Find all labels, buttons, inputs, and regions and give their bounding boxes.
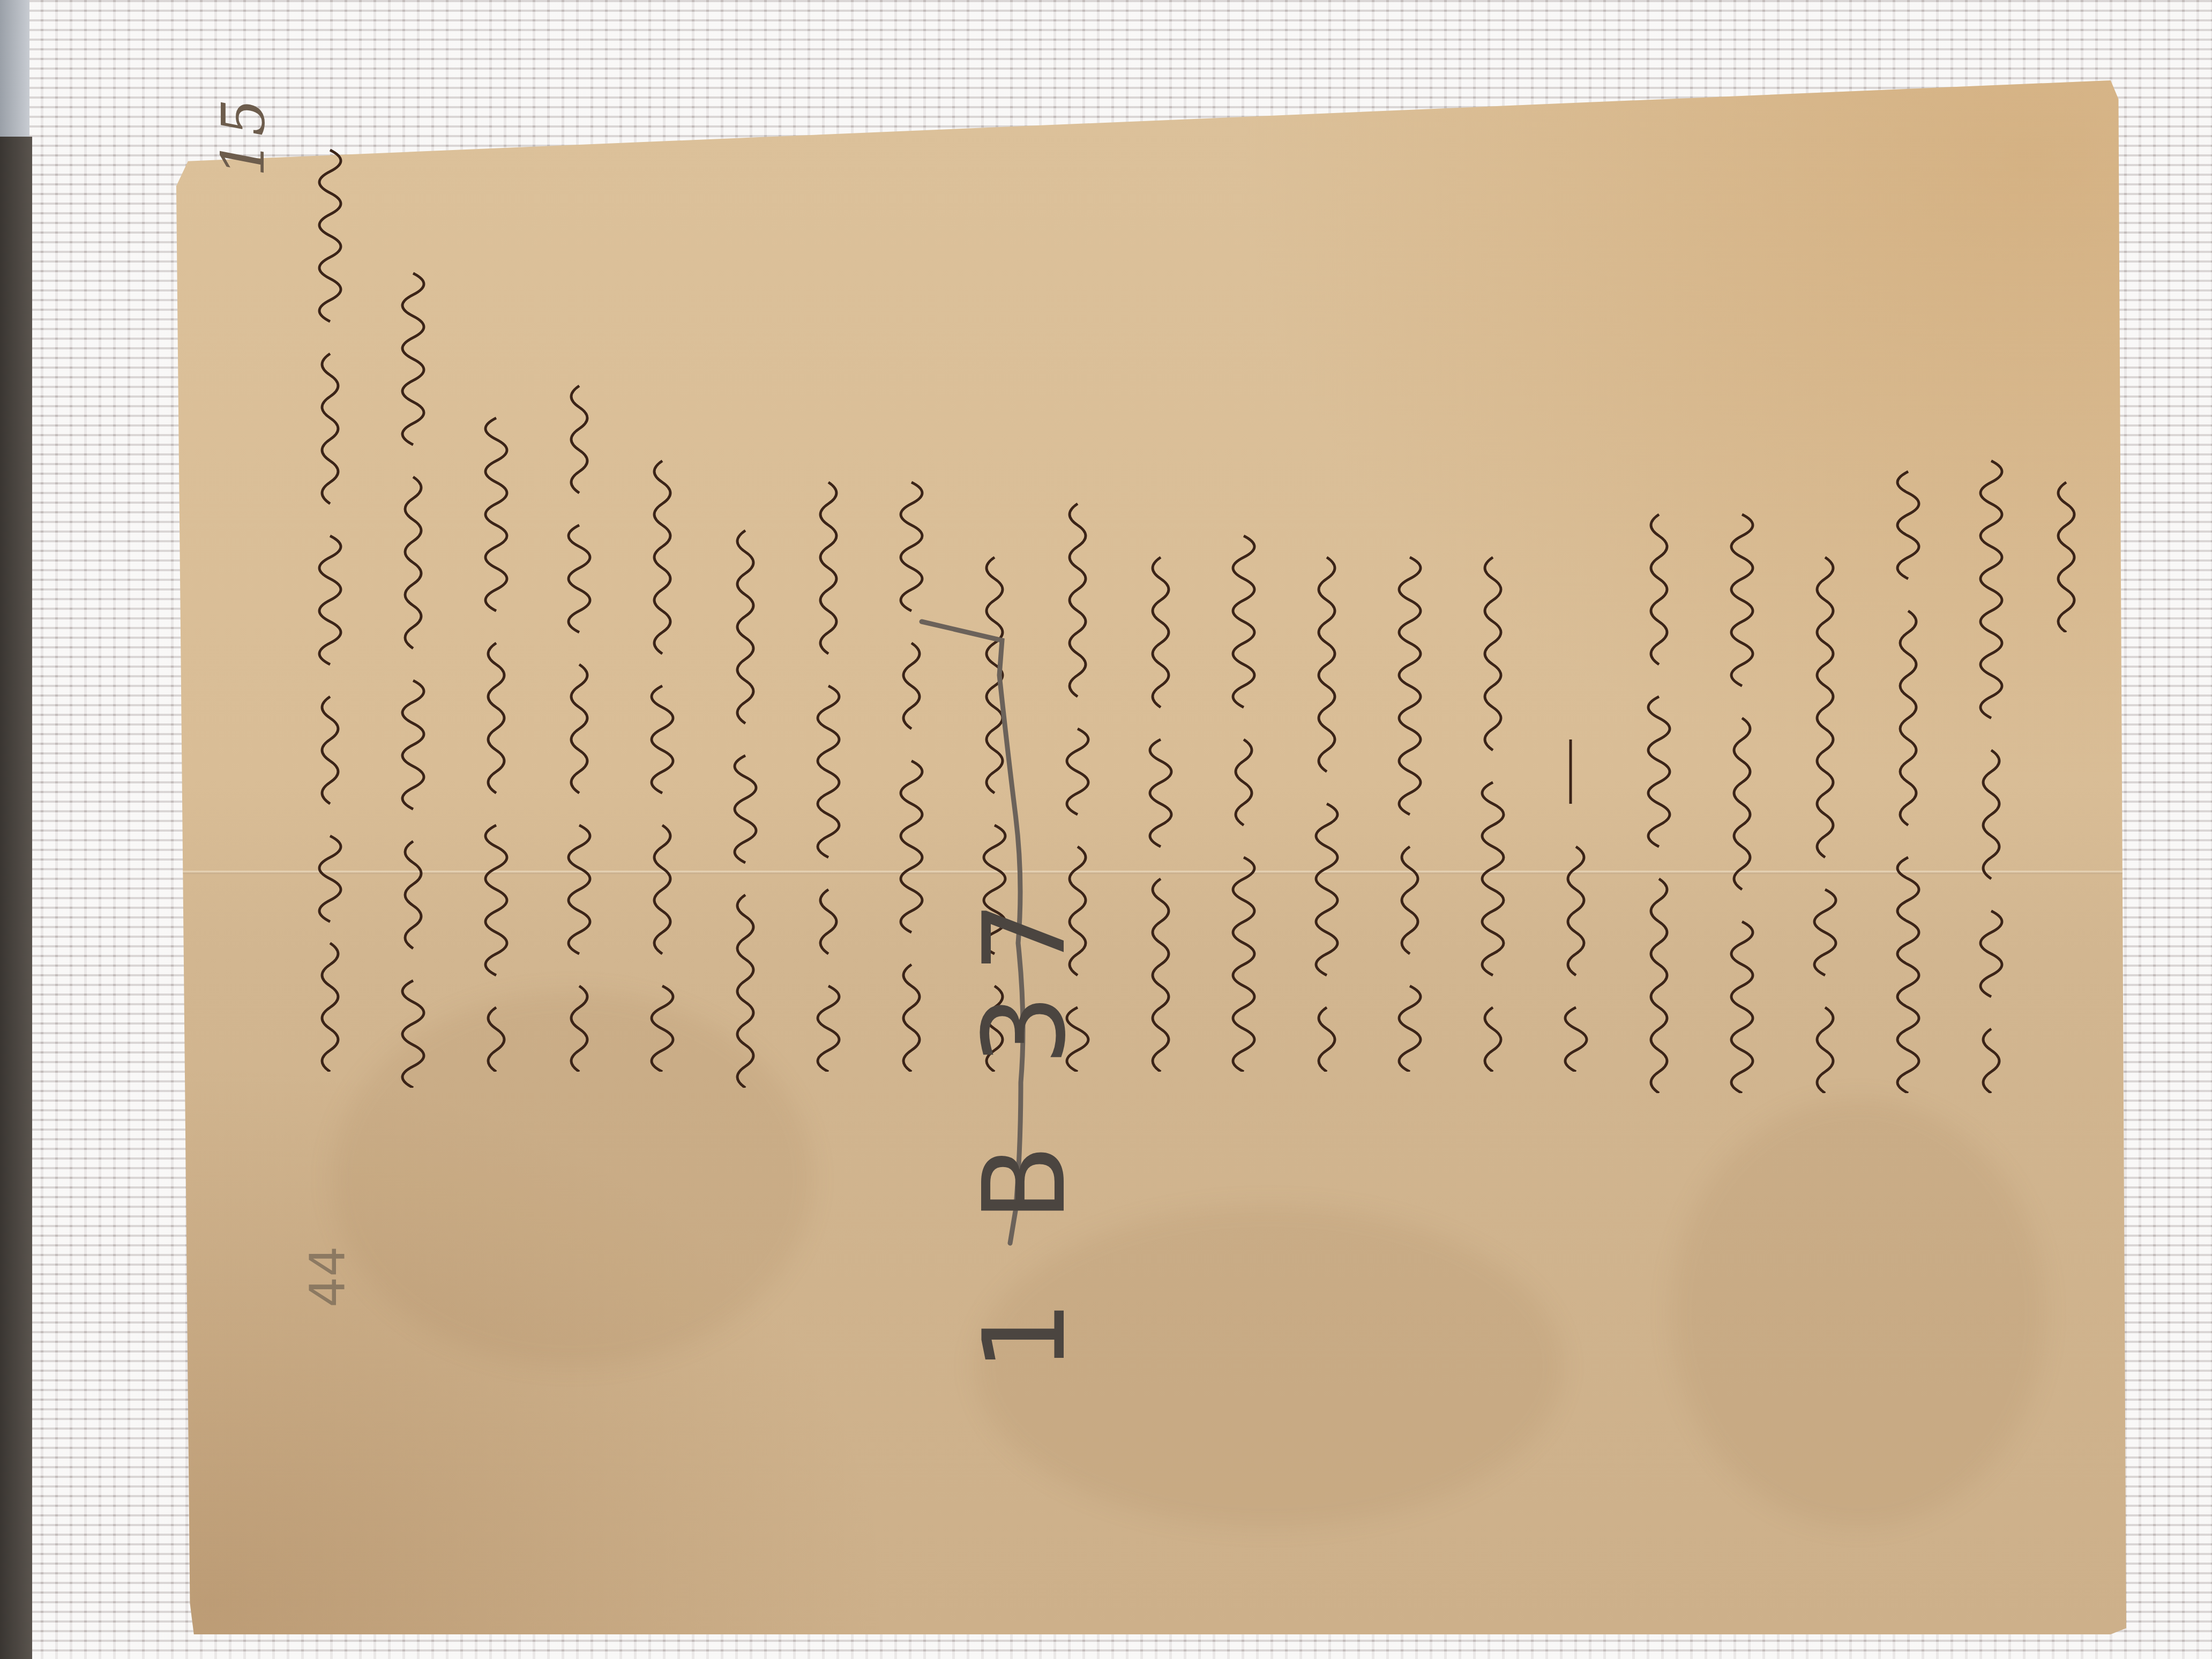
pencil-shelfmark: 1 B 37 <box>959 880 1090 1372</box>
page-number: 15 <box>209 95 278 177</box>
dark-shadow-edge <box>0 137 32 1659</box>
paper-fold <box>170 871 2126 874</box>
adjacent-paper-edge <box>0 0 29 137</box>
paper-stain <box>1671 1098 2046 1527</box>
pencil-folio-number: 44 <box>300 1246 356 1307</box>
paper-stain <box>331 991 813 1366</box>
manuscript-page <box>170 80 2126 1634</box>
